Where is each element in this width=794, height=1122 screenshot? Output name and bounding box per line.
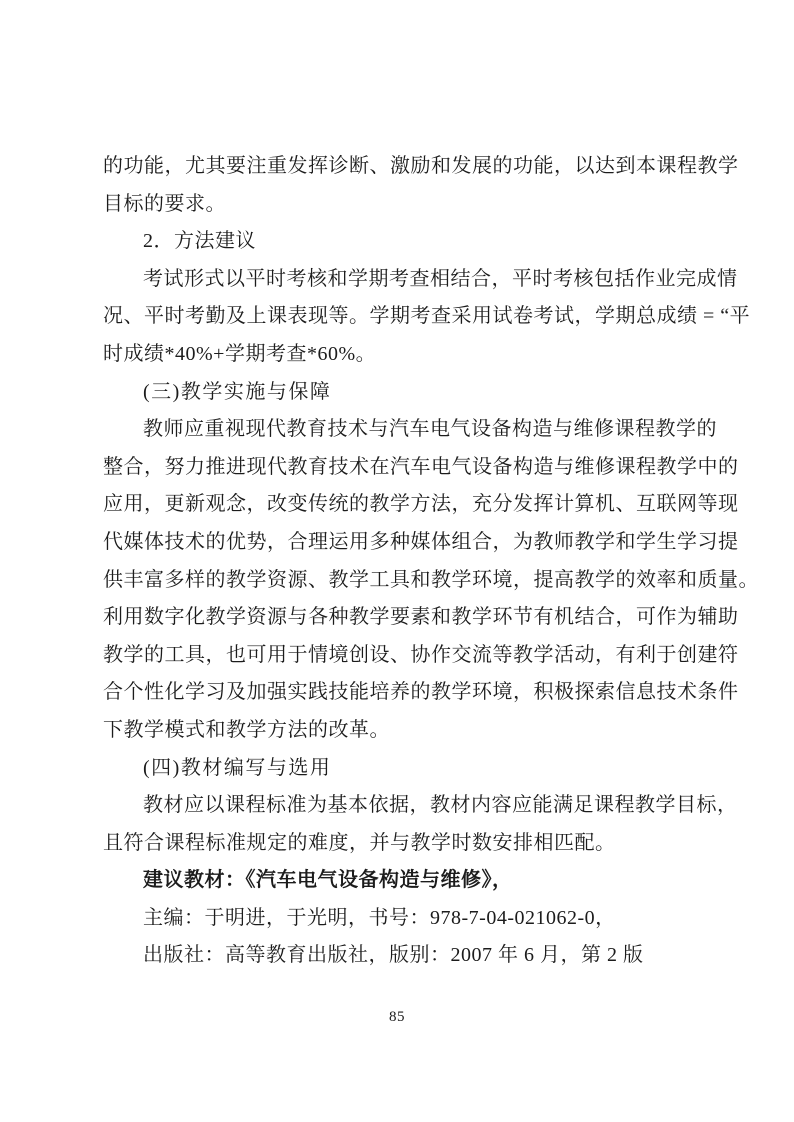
text-line: 目标的要求。 (103, 186, 723, 224)
page-number: 85 (389, 1009, 405, 1025)
text-line: 主编：于明进，于光明，书号：978-7-04-021062-0， (103, 900, 723, 938)
document-text-block: 的功能，尤其要注重发挥诊断、激励和发展的功能，以达到本课程教学目标的要求。2．方… (103, 148, 723, 975)
text-line: (四)教材编写与选用 (103, 750, 723, 788)
text-line: 教材应以课程标准为基本依据，教材内容应能满足课程教学目标， (103, 787, 723, 825)
text-line: 况、平时考勤及上课表现等。学期考查采用试卷考试，学期总成绩 = “平 (103, 298, 723, 336)
text-line: 考试形式以平时考核和学期考查相结合，平时考核包括作业完成情 (103, 261, 723, 299)
text-line: 供丰富多样的教学资源、教学工具和教学环境，提高教学的效率和质量。 (103, 562, 723, 600)
text-line: 利用数字化教学资源与各种教学要素和教学环节有机结合，可作为辅助 (103, 599, 723, 637)
text-line: 教学的工具，也可用于情境创设、协作交流等教学活动，有利于创建符 (103, 637, 723, 675)
text-line: 教师应重视现代教育技术与汽车电气设备构造与维修课程教学的 (103, 411, 723, 449)
text-line: 应用，更新观念，改变传统的教学方法，充分发挥计算机、互联网等现 (103, 486, 723, 524)
text-line: 时成绩*40%+学期考查*60%。 (103, 336, 723, 374)
text-line: 整合，努力推进现代教育技术在汽车电气设备构造与维修课程教学中的 (103, 449, 723, 487)
text-line: 合个性化学习及加强实践技能培养的教学环境，积极探索信息技术条件 (103, 674, 723, 712)
text-line: 代媒体技术的优势，合理运用多种媒体组合，为教师教学和学生学习提 (103, 524, 723, 562)
text-line: 2．方法建议 (103, 223, 723, 261)
text-line: 且符合课程标准规定的难度，并与教学时数安排相匹配。 (103, 825, 723, 863)
document-page: 的功能，尤其要注重发挥诊断、激励和发展的功能，以达到本课程教学目标的要求。2．方… (0, 0, 794, 1122)
page-footer: 85 (0, 1008, 794, 1026)
text-line: 建议教材：《汽车电气设备构造与维修》， (103, 862, 723, 900)
text-line: 下教学模式和教学方法的改革。 (103, 712, 723, 750)
text-line: 的功能，尤其要注重发挥诊断、激励和发展的功能，以达到本课程教学 (103, 148, 723, 186)
text-line: 出版社：高等教育出版社，版别：2007 年 6 月，第 2 版 (103, 937, 723, 975)
text-line: (三)教学实施与保障 (103, 374, 723, 412)
